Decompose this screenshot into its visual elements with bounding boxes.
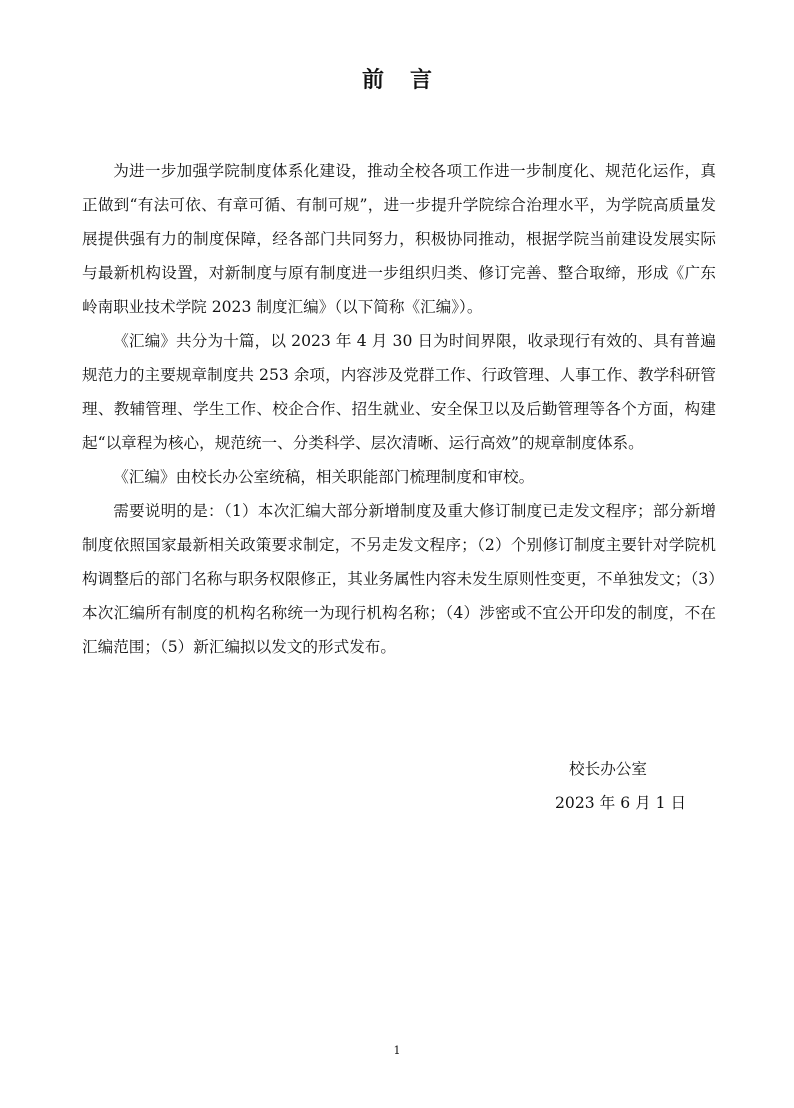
- preface-body: 为进一步加强学院制度体系化建设，推动全校各项工作进一步制度化、规范化运作，真正做…: [82, 154, 716, 664]
- paragraph-editing: 《汇编》由校长办公室统稿，相关职能部门梳理制度和审校。: [82, 460, 716, 494]
- signature-date: 2023 年 6 月 1 日: [555, 786, 686, 820]
- paragraph-notes: 需要说明的是：（1）本次汇编大部分新增制度及重大修订制度已走发文程序；部分新增制…: [82, 494, 716, 664]
- paragraph-purpose: 为进一步加强学院制度体系化建设，推动全校各项工作进一步制度化、规范化运作，真正做…: [82, 154, 716, 324]
- paragraph-scope: 《汇编》共分为十篇，以 2023 年 4 月 30 日为时间界限，收录现行有效的…: [82, 324, 716, 460]
- signature-block: 校长办公室 2023 年 6 月 1 日: [555, 752, 686, 820]
- page-number: 1: [0, 1043, 794, 1059]
- signature-office: 校长办公室: [555, 752, 686, 786]
- page-title: 前言: [0, 66, 794, 96]
